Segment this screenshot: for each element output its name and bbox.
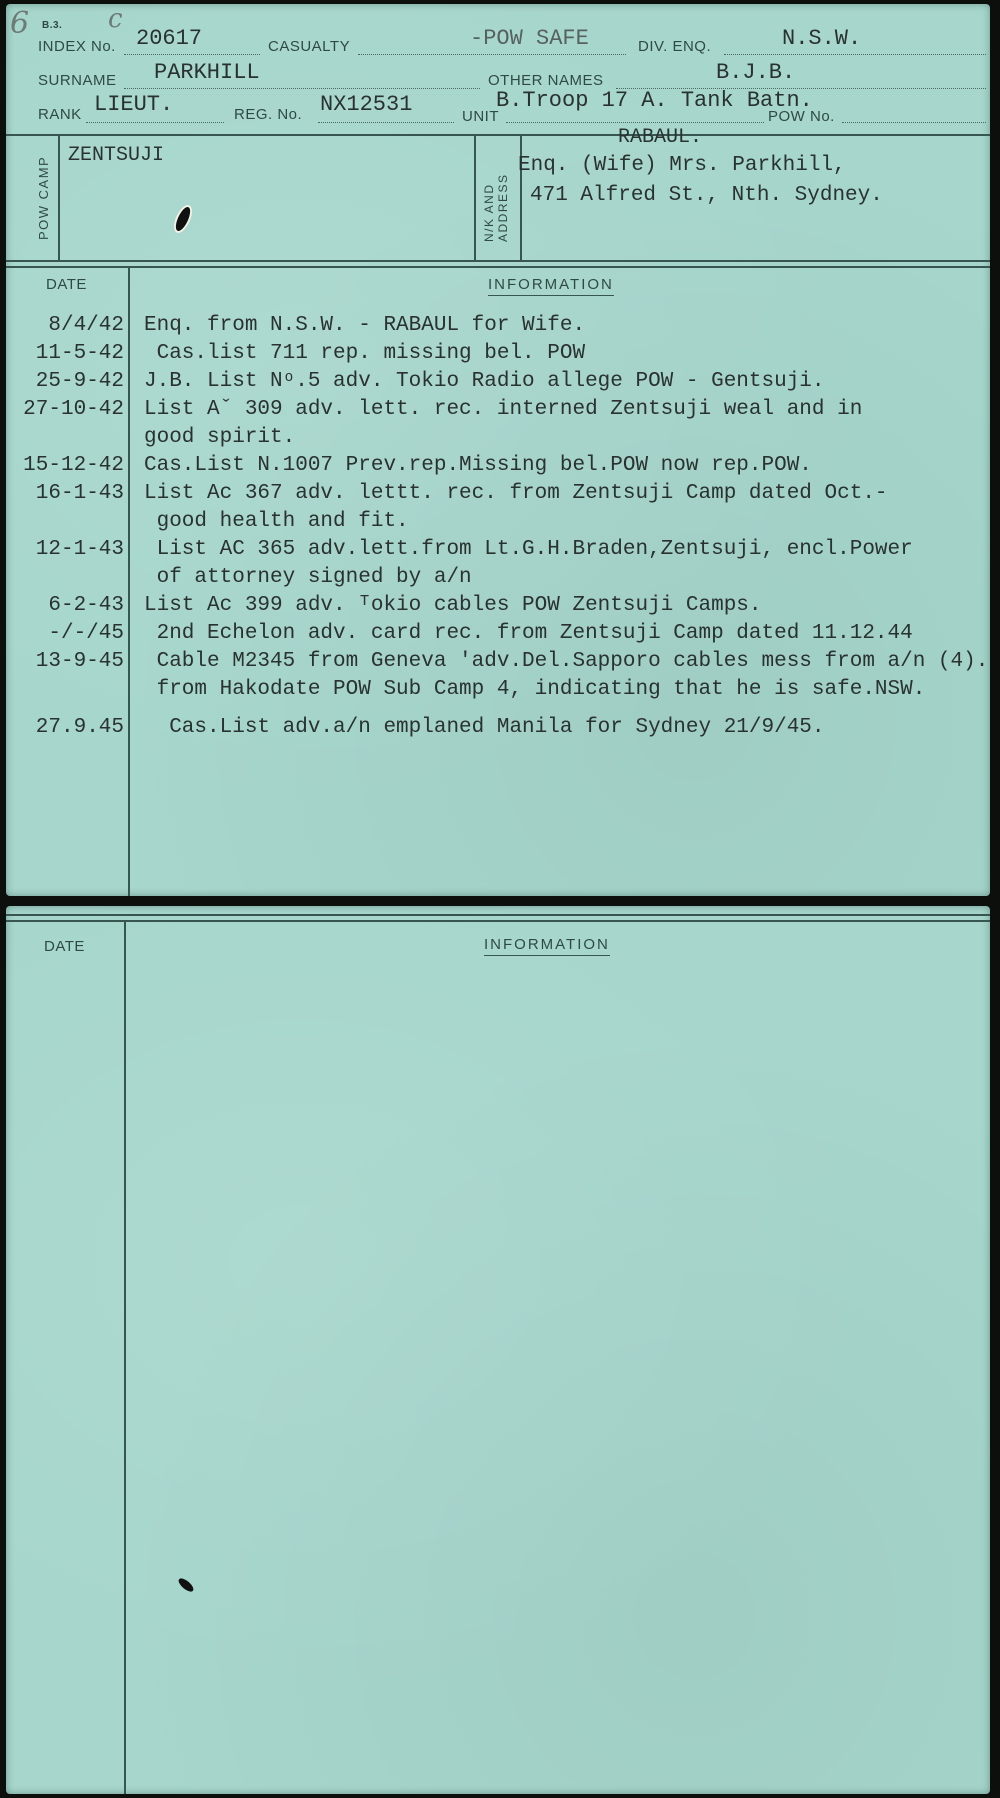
div-enq-value: N.S.W. [782, 26, 861, 51]
date-column-header: DATE [46, 276, 87, 293]
index-label: INDEX No. [38, 38, 116, 55]
row-date: 16-1-43 [6, 482, 124, 505]
record-card-back: DATE INFORMATION [6, 906, 990, 1794]
row-date: 8/4/42 [6, 314, 124, 337]
row-information: good spirit. [144, 426, 295, 449]
row-information: Cas.List adv.a/n emplaned Manila for Syd… [144, 716, 825, 739]
row-information: List AC 365 adv.lett.from Lt.G.H.Braden,… [144, 538, 913, 561]
other-names-value: B.J.B. [716, 60, 795, 85]
row-date: 13-9-45 [6, 650, 124, 673]
punch-hole [177, 1576, 196, 1594]
row-information: Cable M2345 from Geneva 'adv.Del.Sapporo… [144, 650, 988, 673]
reg-no-value: NX12531 [320, 92, 412, 117]
nok-location: RABAUL. [618, 126, 702, 149]
row-information: Cas.List N.1007 Prev.rep.Missing bel.POW… [144, 454, 812, 477]
casualty-value: -POW SAFE [470, 26, 589, 51]
pow-camp-value: ZENTSUJI [68, 144, 164, 167]
nok-label-line1: N/K AND [482, 173, 496, 242]
row-date: 11-5-42 [6, 342, 124, 365]
surname-label: SURNAME [38, 72, 117, 89]
pow-camp-label: POW CAMP [36, 156, 51, 240]
rank-label: RANK [38, 106, 82, 123]
row-date: 25-9-42 [6, 370, 124, 393]
nok-line2: 471 Alfred St., Nth. Sydney. [530, 184, 883, 207]
nok-line1: Enq. (Wife) Mrs. Parkhill, [518, 154, 846, 177]
row-date: -/-/45 [6, 622, 124, 645]
nok-label-line2: ADDRESS [496, 173, 510, 242]
row-date: 27.9.45 [6, 716, 124, 739]
surname-value: PARKHILL [154, 60, 260, 85]
row-information: List Aˇ 309 adv. lett. rec. interned Zen… [144, 398, 862, 421]
row-information: J.B. List Nᵒ.5 adv. Tokio Radio allege P… [144, 370, 825, 393]
row-date: 12-1-43 [6, 538, 124, 561]
casualty-label: CASUALTY [268, 38, 350, 55]
rank-value: LIEUT. [94, 92, 173, 117]
back-date-column-header: DATE [44, 938, 85, 955]
row-date: 15-12-42 [6, 454, 124, 477]
form-code: B.3. [42, 20, 62, 31]
unit-label: UNIT [462, 108, 499, 125]
row-information: List Ac 367 adv. lettt. rec. from Zentsu… [144, 482, 888, 505]
other-names-label: OTHER NAMES [488, 72, 604, 89]
pencil-mark-number: 6 [10, 6, 29, 41]
index-value: 20617 [136, 26, 202, 51]
row-information: Cas.list 711 rep. missing bel. POW [144, 342, 585, 365]
row-information: 2nd Echelon adv. card rec. from Zentsuji… [144, 622, 913, 645]
record-card-front: 6 c B.3. INDEX No. 20617 CASUALTY -POW S… [6, 4, 990, 896]
row-information: of attorney signed by a/n [144, 566, 472, 589]
row-information: List Ac 399 adv. ᵀokio cables POW Zentsu… [144, 594, 762, 617]
back-information-column-header: INFORMATION [484, 936, 610, 956]
unit-value: B.Troop 17 A. Tank Batn. [496, 88, 813, 113]
row-date: 27-10-42 [6, 398, 124, 421]
reg-no-label: REG. No. [234, 106, 302, 123]
row-information: good health and fit. [144, 510, 409, 533]
punch-hole [170, 202, 195, 235]
information-column-header: INFORMATION [488, 276, 614, 296]
row-information: Enq. from N.S.W. - RABAUL for Wife. [144, 314, 585, 337]
pow-no-label: POW No. [768, 108, 835, 125]
pencil-mark-letter: c [108, 4, 123, 34]
row-date: 6-2-43 [6, 594, 124, 617]
row-information: from Hakodate POW Sub Camp 4, indicating… [144, 678, 925, 701]
div-enq-label: DIV. ENQ. [638, 38, 711, 55]
